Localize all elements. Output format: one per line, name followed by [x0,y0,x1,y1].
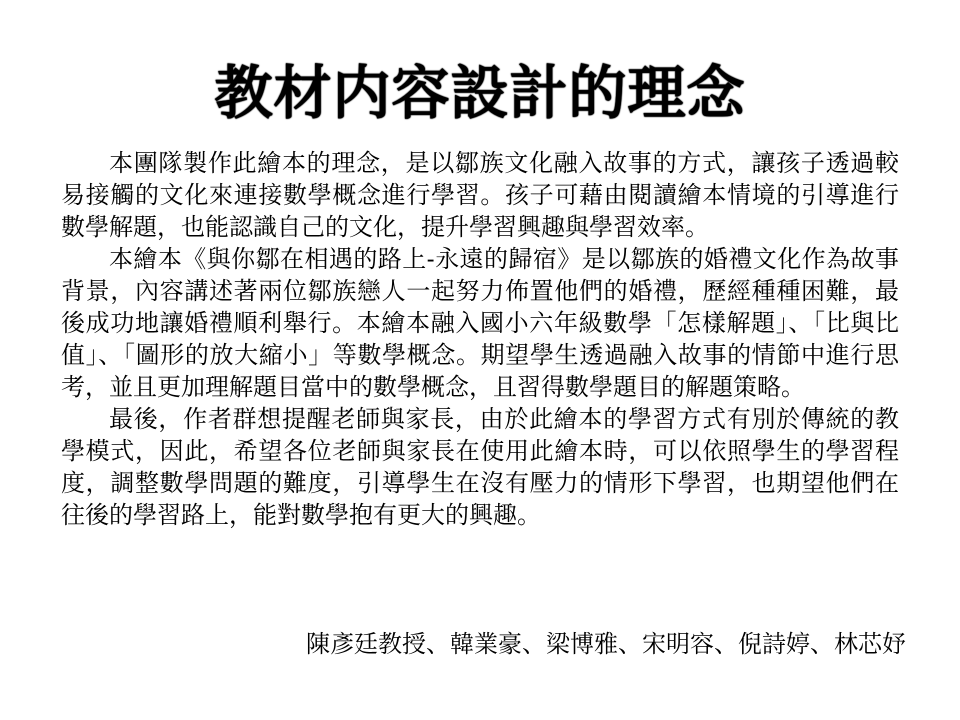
slide-title: 教材内容設計的理念 [0,46,960,130]
paragraph-intro: 本團隊製作此繪本的理念，是以鄒族文化融入故事的方式，讓孩子透過較易接觸的文化來連… [61,148,899,244]
authors-line: 陳彥廷教授、韓業豪、梁博雅、宋明容、倪詩婷、林芯妤 [0,624,906,659]
slide-body: 本團隊製作此繪本的理念，是以鄒族文化融入故事的方式，讓孩子透過較易接觸的文化來連… [61,148,899,532]
paragraph-teacher-note: 最後，作者群想提醒老師與家長，由於此繪本的學習方式有別於傳統的教學模式，因此，希… [61,404,899,532]
paragraph-story-overview: 本繪本《與你鄒在相遇的路上-永遠的歸宿》是以鄒族的婚禮文化作為故事背景，內容講述… [61,244,899,404]
presentation-slide: 教材内容設計的理念 本團隊製作此繪本的理念，是以鄒族文化融入故事的方式，讓孩子透… [0,0,960,720]
